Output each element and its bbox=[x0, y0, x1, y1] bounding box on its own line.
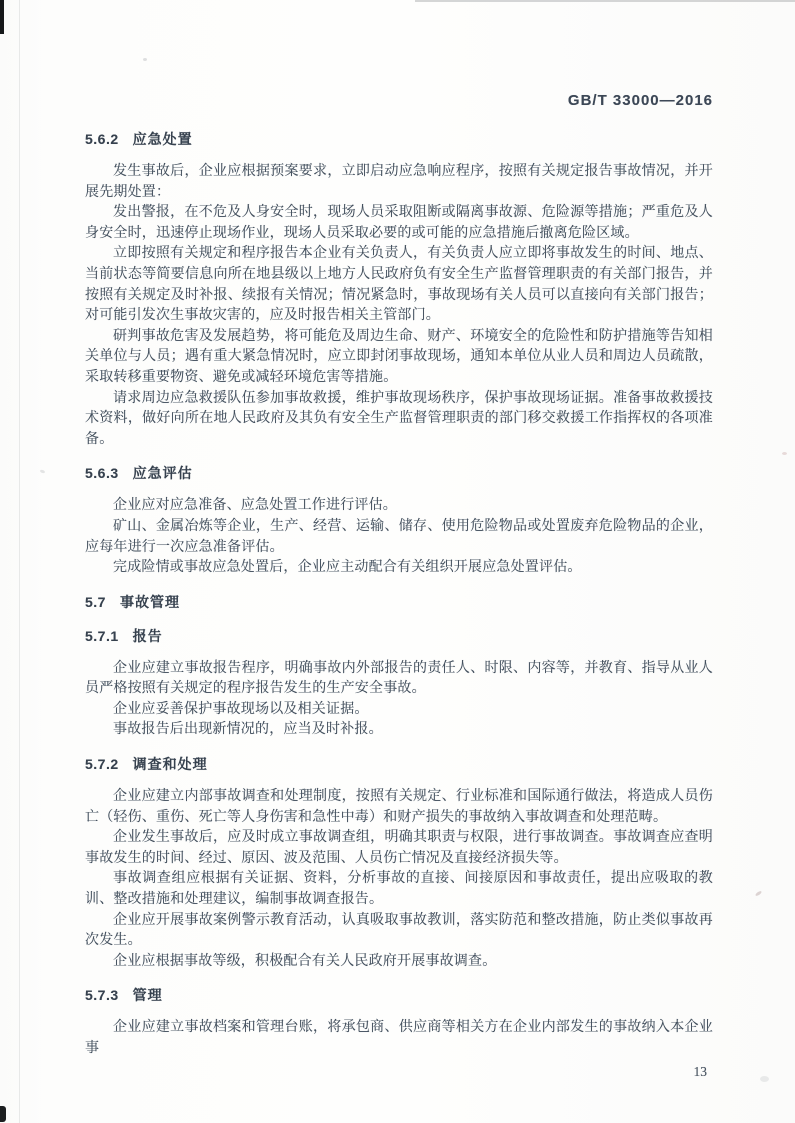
paragraph: 发生事故后，企业应根据预案要求，立即启动应急响应程序，按照有关规定报告事故情况，… bbox=[85, 162, 713, 203]
section-heading-5-7-3: 5.7.3管理 bbox=[85, 984, 713, 1006]
scan-artifact-top-left bbox=[0, 0, 4, 34]
section-title: 应急处置 bbox=[133, 131, 193, 147]
section-heading-5-7-2: 5.7.2调查和处理 bbox=[85, 753, 713, 775]
paragraph: 研判事故危害及发展趋势，将可能危及周边生命、财产、环境安全的危险性和防护措施等告… bbox=[85, 327, 713, 389]
paragraph: 立即按照有关规定和程序报告本企业有关负责人，有关负责人应立即将事故发生的时间、地… bbox=[85, 244, 713, 326]
paragraph: 事故报告后出现新情况的，应当及时补报。 bbox=[85, 720, 713, 741]
paragraph: 企业应建立事故档案和管理台账，将承包商、供应商等相关方在企业内部发生的事故纳入本… bbox=[85, 1018, 713, 1059]
paragraph: 企业应妥善保护事故现场以及相关证据。 bbox=[85, 700, 713, 721]
section-number: 5.6.2 bbox=[85, 128, 119, 150]
section-number: 5.7 bbox=[85, 591, 106, 613]
section-heading-5-7-1: 5.7.1报告 bbox=[85, 625, 713, 647]
scan-artifact-bottom-left bbox=[0, 1106, 6, 1122]
paragraph: 事故调查组应根据有关证据、资料，分析事故的直接、间接原因和事故责任，提出应吸取的… bbox=[85, 869, 713, 910]
section-title: 应急评估 bbox=[133, 465, 193, 481]
scan-speck bbox=[143, 58, 147, 61]
section-title: 管理 bbox=[133, 987, 163, 1003]
scan-speck bbox=[755, 890, 762, 896]
section-title: 调查和处理 bbox=[133, 756, 208, 772]
scan-speck bbox=[782, 452, 787, 455]
paragraph: 发出警报，在不危及人身安全时，现场人员采取阻断或隔离事故源、危险源等措施；严重危… bbox=[85, 203, 713, 244]
scan-edge-shadow-top bbox=[415, 0, 795, 2]
paragraph: 企业应建立内部事故调查和处理制度，按照有关规定、行业标准和国际通行做法，将造成人… bbox=[85, 787, 713, 828]
scan-speck bbox=[760, 1076, 769, 1082]
paragraph: 企业应对应急准备、应急处置工作进行评估。 bbox=[85, 496, 713, 517]
paragraph: 矿山、金属冶炼等企业，生产、经营、运输、储存、使用危险物品或处置废弃危险物品的企… bbox=[85, 517, 713, 558]
section-heading-5-6-3: 5.6.3应急评估 bbox=[85, 462, 713, 484]
section-number: 5.6.3 bbox=[85, 462, 119, 484]
document-body: GB/T 33000—2016 5.6.2应急处置 发生事故后，企业应根据预案要… bbox=[85, 90, 713, 1082]
section-number: 5.7.3 bbox=[85, 984, 119, 1006]
scan-edge-shadow-left bbox=[19, 0, 20, 1123]
scan-speck bbox=[40, 469, 46, 474]
scanned-page: GB/T 33000—2016 5.6.2应急处置 发生事故后，企业应根据预案要… bbox=[0, 0, 795, 1123]
section-title: 事故管理 bbox=[120, 594, 180, 610]
section-heading-5-6-2: 5.6.2应急处置 bbox=[85, 128, 713, 150]
section-number: 5.7.1 bbox=[85, 625, 119, 647]
section-title: 报告 bbox=[133, 628, 163, 644]
paragraph: 请求周边应急救援队伍参加事故救援，维护事故现场秩序，保护事故现场证据。准备事故救… bbox=[85, 389, 713, 451]
paragraph: 企业应开展事故案例警示教育活动，认真吸取事故教训，落实防范和整改措施，防止类似事… bbox=[85, 911, 713, 952]
page-number: 13 bbox=[85, 1062, 713, 1082]
paragraph: 企业应建立事故报告程序，明确事故内外部报告的责任人、时限、内容等，并教育、指导从… bbox=[85, 659, 713, 700]
section-heading-5-7: 5.7事故管理 bbox=[85, 591, 713, 613]
paragraph: 完成险情或事故应急处置后，企业应主动配合有关组织开展应急处置评估。 bbox=[85, 558, 713, 579]
section-number: 5.7.2 bbox=[85, 753, 119, 775]
paragraph: 企业发生事故后，应及时成立事故调查组，明确其职责与权限，进行事故调查。事故调查应… bbox=[85, 828, 713, 869]
paragraph: 企业应根据事故等级，积极配合有关人民政府开展事故调查。 bbox=[85, 952, 713, 973]
standard-code-header: GB/T 33000—2016 bbox=[85, 90, 713, 112]
